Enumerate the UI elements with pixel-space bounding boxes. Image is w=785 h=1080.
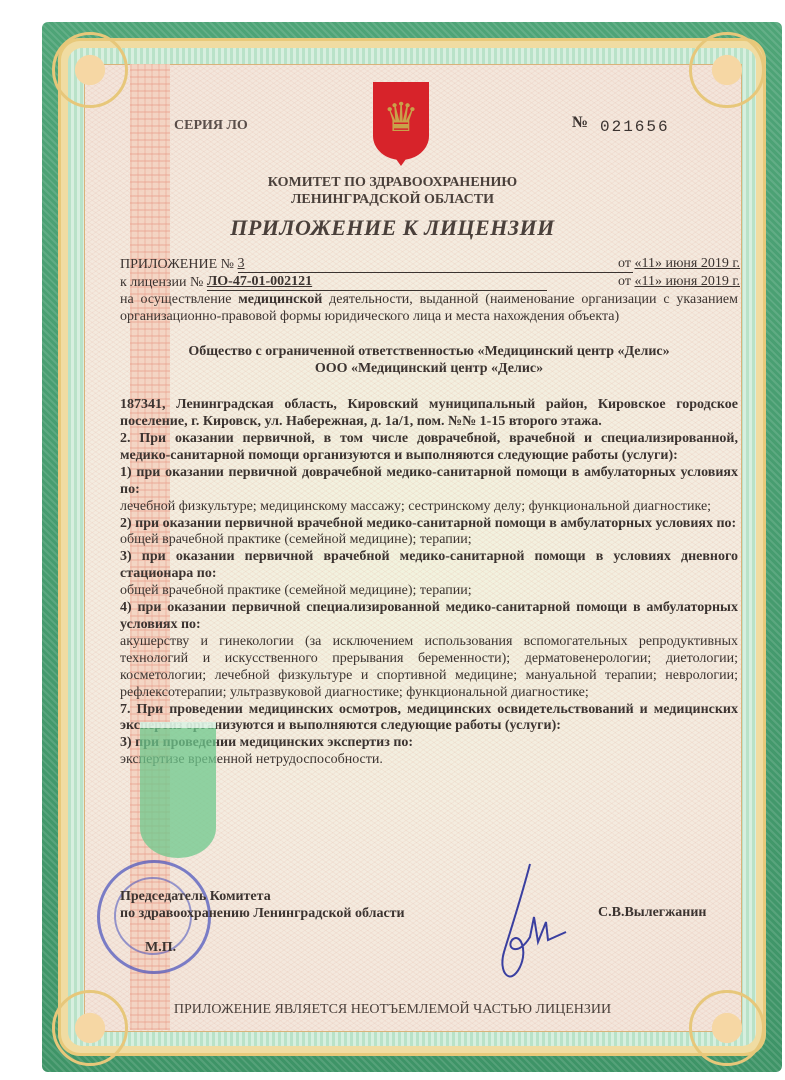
section-text: общей врачебной практике (семейной медиц… bbox=[120, 583, 738, 600]
leningrad-oblast-coat-of-arms-icon bbox=[140, 722, 216, 858]
appendix-number-field: 3 bbox=[238, 256, 633, 273]
corner-ornament-icon bbox=[52, 32, 128, 108]
committee-name-line1: КОМИТЕТ ПО ЗДРАВООХРАНЕНИЮ bbox=[0, 175, 785, 191]
signatory-name: С.В.Вылегжанин bbox=[598, 905, 707, 921]
number-label: № bbox=[572, 114, 588, 132]
organization-block: Общество с ограниченной ответственностью… bbox=[120, 344, 738, 378]
section-text: лечебной физкультуре; медицинскому масса… bbox=[120, 499, 738, 516]
russian-coat-of-arms-icon: ♛ bbox=[373, 82, 429, 160]
appendix-line: ПРИЛОЖЕНИЕ № 3 от «11» июня 2019 г. bbox=[120, 256, 740, 273]
signatory-position-line1: Председатель Комитета bbox=[120, 888, 405, 905]
corner-ornament-icon bbox=[689, 32, 765, 108]
section-text: общей врачебной практике (семейной медиц… bbox=[120, 532, 738, 549]
section-text: акушерству и гинекологии (за исключением… bbox=[120, 634, 738, 702]
section-heading: 3) при оказании первичной врачебной меди… bbox=[120, 549, 738, 583]
section-heading: 1) при оказании первичной доврачебной ме… bbox=[120, 465, 738, 499]
license-date: «11» июня 2019 г. bbox=[634, 274, 740, 289]
series-label: СЕРИЯ ЛО bbox=[174, 118, 248, 134]
appendix-number: 3 bbox=[238, 256, 245, 271]
signatory-position-line2: по здравоохранению Ленинградской области bbox=[120, 905, 405, 922]
double-headed-eagle-icon: ♛ bbox=[379, 90, 423, 146]
signatory-position: Председатель Комитета по здравоохранению… bbox=[120, 888, 405, 922]
section-heading: 2) при оказании первичной врачебной меди… bbox=[120, 516, 738, 533]
activity-type: медицинской bbox=[238, 292, 322, 307]
address-paragraph: 187341, Ленинградская область, Кировский… bbox=[120, 397, 738, 431]
organization-full-name: Общество с ограниченной ответственностью… bbox=[120, 344, 738, 361]
license-line: к лицензии № ЛО-47-01-002121 от «11» июн… bbox=[120, 274, 740, 291]
appendix-date: «11» июня 2019 г. bbox=[634, 256, 740, 271]
services-list: 2. При оказании первичной, в том числе д… bbox=[120, 431, 738, 769]
organization-address: 187341, Ленинградская область, Кировский… bbox=[120, 397, 738, 431]
license-number-field: ЛО-47-01-002121 bbox=[207, 274, 547, 291]
committee-name-line2: ЛЕНИНГРАДСКОЙ ОБЛАСТИ bbox=[0, 192, 785, 208]
seal-place-label: М.П. bbox=[145, 940, 176, 956]
appendix-label: ПРИЛОЖЕНИЕ № bbox=[120, 257, 238, 272]
license-label: к лицензии № bbox=[120, 275, 207, 290]
organization-short-name: ООО «Медицинский центр «Делис» bbox=[120, 361, 738, 378]
appendix-date-prefix: от bbox=[618, 256, 634, 271]
license-date-prefix: от bbox=[618, 274, 634, 289]
license-number: ЛО-47-01-002121 bbox=[207, 274, 312, 289]
signature-icon bbox=[490, 862, 570, 992]
section-heading: 2. При оказании первичной, в том числе д… bbox=[120, 431, 738, 465]
footer-note: ПРИЛОЖЕНИЕ ЯВЛЯЕТСЯ НЕОТЪЕМЛЕМОЙ ЧАСТЬЮ … bbox=[0, 1002, 785, 1018]
form-number: 021656 bbox=[600, 118, 670, 136]
document-title: ПРИЛОЖЕНИЕ К ЛИЦЕНЗИИ bbox=[0, 215, 785, 241]
intro-paragraph: на осуществление медицинской деятельност… bbox=[120, 292, 738, 326]
intro-text: на осуществление bbox=[120, 292, 238, 307]
section-heading: 4) при оказании первичной специализирова… bbox=[120, 600, 738, 634]
